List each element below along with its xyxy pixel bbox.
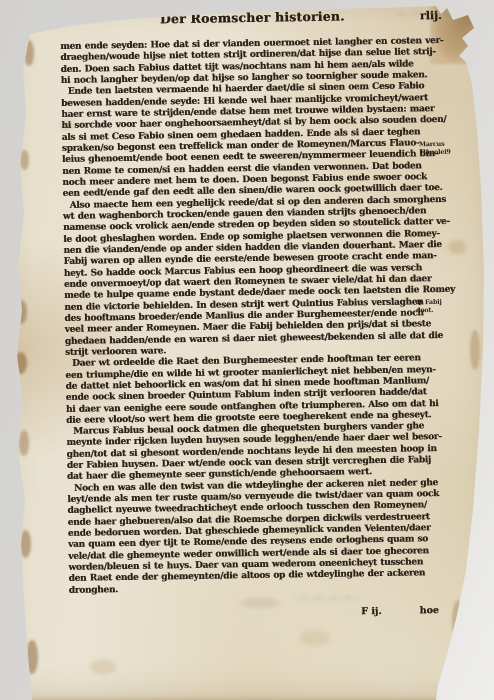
- margin-note-q-fabij-doot: Q. Fabij doot.: [416, 299, 442, 315]
- deckle-spot: [26, 640, 38, 674]
- book-page: ▬▭▬▭▬▭▬ ▭▬▭▬▭▬▭▬▭ Der Roemscher historie…: [0, 0, 494, 700]
- body-text: men ende seyden: Hoe dat si der vianden …: [60, 36, 455, 597]
- deckle-spot: [15, 352, 27, 374]
- deckle-spot: [20, 150, 29, 170]
- folio-number: rlij.: [420, 9, 442, 22]
- margin-note-marcus-flauoleius: Marcus Flauolei9: [419, 141, 451, 157]
- foxing-stain: [448, 240, 466, 254]
- signature-mark: F ij.: [361, 606, 382, 617]
- text-block: Der Roemscher historien. rlij. men ende …: [60, 7, 456, 622]
- margin-note-line: doot.: [416, 306, 442, 314]
- page-header: Der Roemscher historien. rlij.: [60, 7, 446, 31]
- signature-line: F ij. hoe: [69, 605, 455, 622]
- deckle-spot: [16, 300, 27, 324]
- foxing-stain: [90, 660, 116, 674]
- deckle-spot: [19, 430, 29, 456]
- deckle-spot: [20, 530, 31, 558]
- photograph-background: ▬▭▬▭▬▭▬ ▭▬▭▬▭▬▭▬▭ Der Roemscher historie…: [0, 0, 494, 700]
- margin-note-line: Flauolei9: [419, 148, 451, 156]
- catchword: hoe: [419, 605, 438, 616]
- deckle-spot: [24, 40, 34, 66]
- deckle-spot: [470, 330, 480, 370]
- foxing-stain: [300, 630, 330, 646]
- running-title: Der Roemscher historien.: [160, 8, 345, 26]
